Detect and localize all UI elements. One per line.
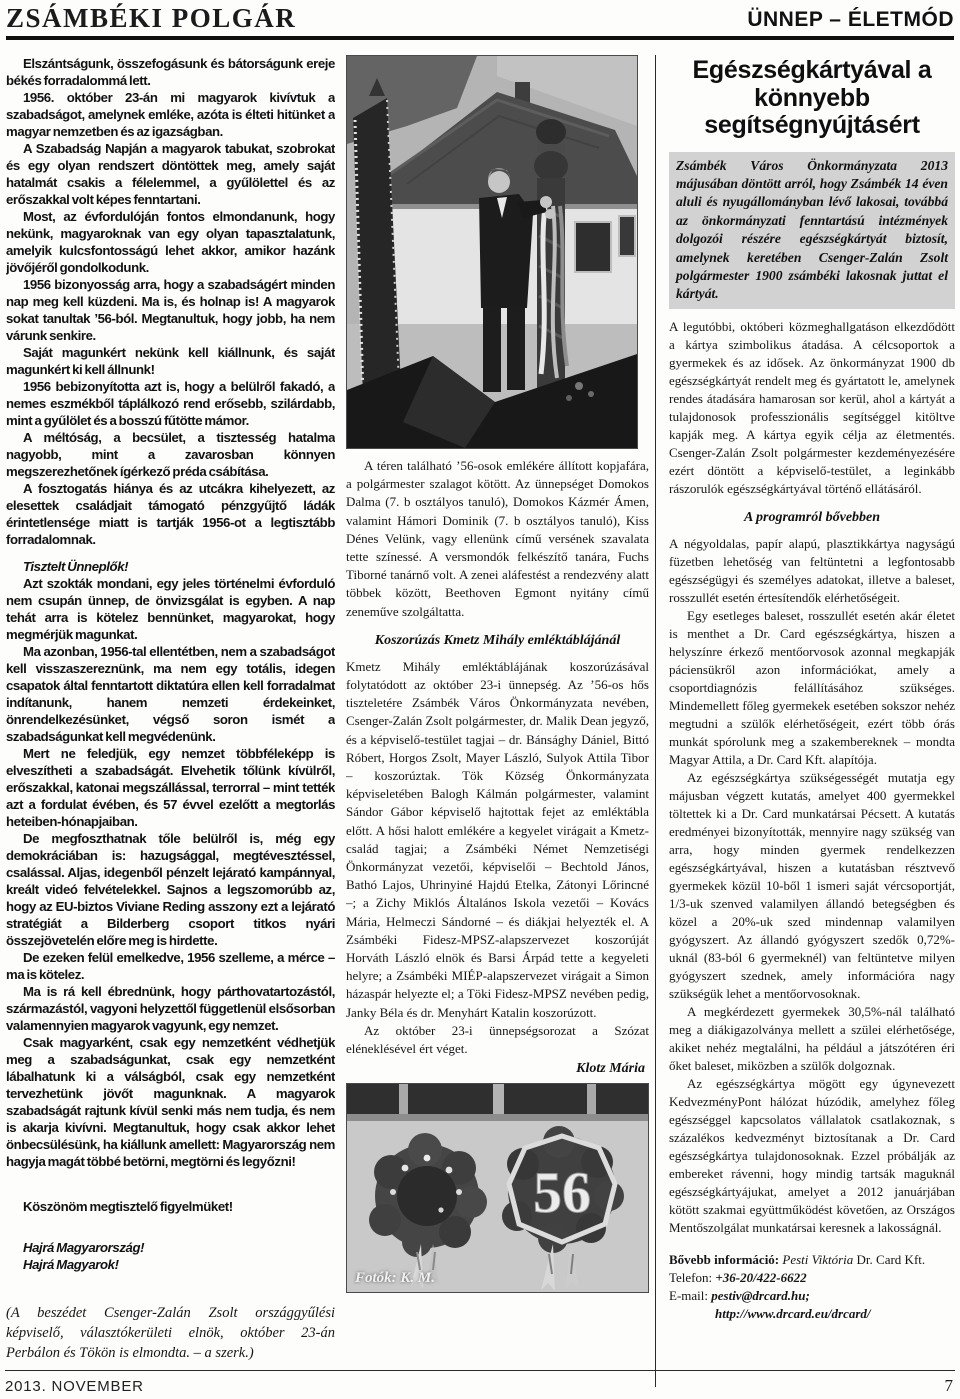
website-url: http://www.drcard.eu/drcard/ [669, 1305, 955, 1323]
ceremony-paragraph: Kmetz Mihály emléktáblájának koszorúzásá… [346, 658, 649, 1022]
ceremony-subheading: Koszorúzás Kmetz Mihály emléktáblájánál [346, 633, 649, 649]
speech-paragraph: De ezeken felül emelkedve, 1956 szelleme… [6, 949, 335, 983]
speech-paragraph: A Szabadság Napján a magyarok tabukat, s… [6, 140, 335, 208]
speech-paragraph: Csak magyarként, csak egy nemzetként véd… [6, 1034, 335, 1170]
speech-thanks: Köszönöm megtisztelő figyelmüket! [6, 1198, 335, 1215]
byline: Klotz Mária [346, 1061, 645, 1077]
speech-greeting-heading: Tisztelt Ünneplők! [6, 558, 335, 575]
photo-credit: Fotók: K. M. [355, 1269, 435, 1287]
article-lead: Zsámbék Város Önkormányzata 2013 májusáb… [669, 152, 955, 309]
page-footer: 2013. NOVEMBER 7 [5, 1370, 955, 1397]
speech-paragraph: Ma is rá kell ébrednünk, hogy párthovata… [6, 983, 335, 1034]
memorial-photo [346, 55, 638, 449]
phone-number: +36-20/422-6622 [715, 1270, 806, 1285]
speech-paragraph: Ma azonban, 1956-tal ellentétben, nem a … [6, 643, 335, 745]
article-title: Egészségkártyával a könnyebb segítségnyú… [686, 57, 938, 140]
email-address: pestiv@drcard.hu; [711, 1288, 810, 1303]
footer-rule [5, 1370, 955, 1372]
section-label: ÜNNEP – ÉLETMÓD [747, 7, 954, 33]
speech-cheer: Hajrá Magyarok! [6, 1256, 335, 1273]
health-subheading: A programról bővebben [669, 510, 955, 526]
speech-paragraph: 1956. október 23-án mi magyarok kivívtuk… [6, 89, 335, 140]
speech-paragraph: 1956 bizonyosság arra, hogy a szabadságé… [6, 276, 335, 344]
issue-date: 2013. NOVEMBER [5, 1378, 144, 1395]
contact-info-label: Bővebb információ: [669, 1252, 779, 1267]
svg-text:56: 56 [533, 1160, 591, 1225]
contact-company: Dr. Card Kft. [857, 1252, 926, 1267]
page-number: 7 [945, 1376, 956, 1396]
memorial-photo-illustration [347, 56, 637, 448]
health-paragraph: Az egészségkártya mögött egy úgynevezett… [669, 1075, 955, 1237]
masthead: ZSÁMBÉKI POLGÁR ÜNNEP – ÉLETMÓD [0, 0, 960, 40]
wreath-photo: 56 Fotók: K. M. [346, 1083, 649, 1293]
ceremony-paragraph: Az október 23-i ünnepségsorozat a Szózat… [346, 1022, 649, 1058]
health-paragraph: A megkérdezett gyermekek 30,5%-nál talál… [669, 1003, 955, 1075]
ceremony-article: A téren található ’56-osok emlékére állí… [346, 55, 656, 1387]
phone-label: Telefon: [669, 1270, 712, 1285]
contact-person: Pesti Viktória [782, 1252, 853, 1267]
page-content: Elszántságunk, összefogásunk és bátorság… [0, 40, 960, 1387]
speech-paragraph: Elszántságunk, összefogásunk és bátorság… [6, 55, 335, 89]
speech-paragraph: A méltóság, a becsület, a tisztesség hat… [6, 429, 335, 480]
speech-cheer: Hajrá Magyarország! [6, 1239, 335, 1256]
contact-email-line: E-mail: pestiv@drcard.hu; [669, 1287, 955, 1305]
health-paragraph: Az egészségkártya szükségességét mutatja… [669, 769, 955, 1003]
contact-info-line: Bővebb információ: Pesti Viktória Dr. Ca… [669, 1251, 955, 1269]
editor-note: (A beszédet Csenger-Zalán Zsolt országgy… [6, 1303, 335, 1363]
health-paragraph: A négyoldalas, papír alapú, plasztikkárt… [669, 535, 955, 607]
newspaper-page: ZSÁMBÉKI POLGÁR ÜNNEP – ÉLETMÓD Elszánts… [0, 0, 960, 1399]
contact-block: Bővebb információ: Pesti Viktória Dr. Ca… [669, 1251, 955, 1323]
masthead-title: ZSÁMBÉKI POLGÁR [6, 3, 296, 33]
speech-paragraph: A fosztogatás hiánya és az utcákra kihel… [6, 480, 335, 548]
photo-caption-paragraph: A téren található ’56-osok emlékére állí… [346, 457, 649, 621]
speech-article: Elszántságunk, összefogásunk és bátorság… [6, 55, 335, 1387]
speech-paragraph: 1956 bebizonyította azt is, hogy a belül… [6, 378, 335, 429]
speech-paragraph: Mert ne feledjük, egy nemzet többfélekép… [6, 745, 335, 830]
health-paragraph: Egy esetleges baleset, rosszullét esetén… [669, 607, 955, 769]
speech-paragraph: De megfoszthatnak tőle belülről is, még … [6, 830, 335, 949]
contact-phone-line: Telefon: +36-20/422-6622 [669, 1269, 955, 1287]
speech-paragraph: Azt szokták mondani, egy jeles történelm… [6, 575, 335, 643]
speech-paragraph: Saját magunkért nekünk kell kiállnunk, é… [6, 344, 335, 378]
speech-paragraph: Most, az évfordulóján fontos elmondanunk… [6, 208, 335, 276]
wreath-photo-illustration: 56 [347, 1084, 648, 1292]
email-label: E-mail: [669, 1288, 708, 1303]
health-article: Egészségkártyával a könnyebb segítségnyú… [656, 55, 955, 1387]
health-paragraph: A legutóbbi, októberi közmeghallgatáson … [669, 318, 955, 498]
